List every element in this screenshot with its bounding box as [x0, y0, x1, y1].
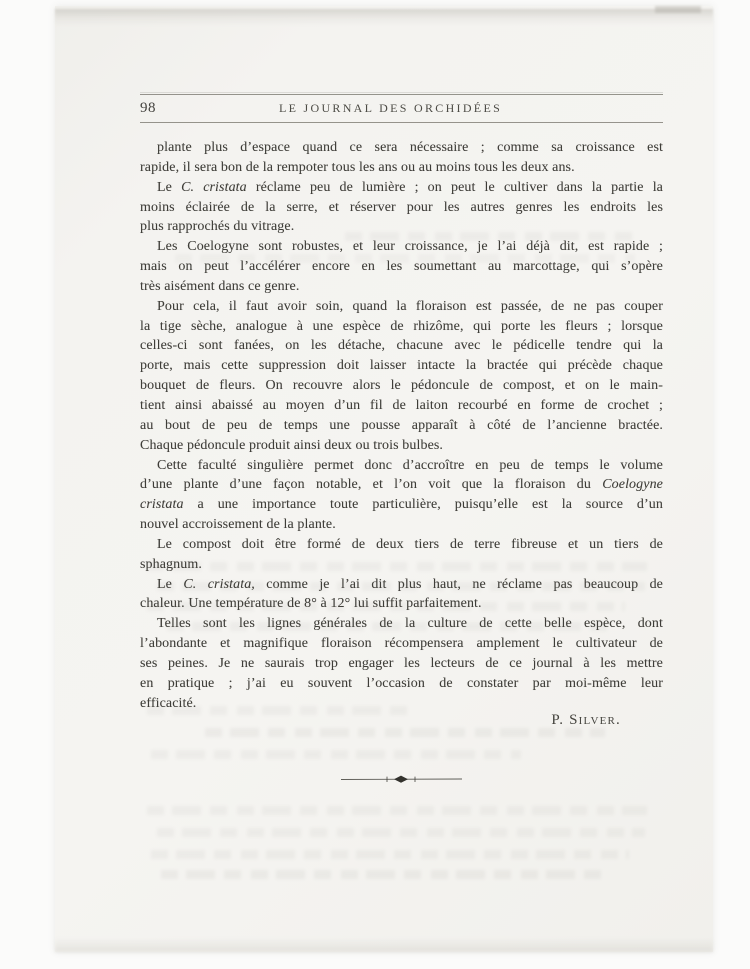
- text-segment: Les Coelogyne sont robustes, et leur cro…: [157, 239, 663, 254]
- text-line: Chaque pédoncule produit ainsi deux ou t…: [140, 436, 663, 456]
- text-segment: nouvel accroissement de la plante.: [140, 517, 336, 532]
- text-line: Le compost doit être formé de deux tiers…: [140, 535, 663, 555]
- text-line: Pour cela, il faut avoir soin, quand la …: [140, 297, 663, 317]
- header-row: 98 LE JOURNAL DES ORCHIDÉES: [140, 98, 663, 119]
- species-name-italic: cristata: [140, 497, 184, 512]
- show-through: [147, 806, 647, 815]
- show-through: [345, 232, 635, 241]
- text-segment: réclame peu de lumière ; on peut le cult…: [247, 180, 663, 195]
- author-signature-text: P. Silver.: [551, 712, 621, 728]
- text-line: cristata a une importance toute particul…: [140, 495, 663, 515]
- text-segment: d’une plante d’une façon notable, et l’o…: [140, 477, 602, 492]
- text-segment: porte, mais cette suppression doit laiss…: [140, 358, 663, 373]
- text-line: ses peines. Je ne saurais trop engager l…: [140, 654, 663, 674]
- show-through: [157, 582, 645, 591]
- species-name-italic: Coelogyne: [602, 477, 663, 492]
- text-segment: celles-ci sont fanées, on les détache, c…: [140, 338, 663, 353]
- journal-title: LE JOURNAL DES ORCHIDÉES: [129, 98, 652, 119]
- diamond-rule-ornament-icon: [339, 772, 464, 786]
- text-segment: Le compost doit être formé de deux tiers…: [157, 537, 663, 552]
- section-divider: [140, 772, 663, 786]
- text-line: nouvel accroissement de la plante.: [140, 515, 663, 535]
- show-through: [167, 622, 607, 631]
- paper-sheet: 98 LE JOURNAL DES ORCHIDÉES plante plus …: [55, 6, 713, 952]
- text-line: moins éclairée de la serre, et réserver …: [140, 198, 663, 218]
- header-rule-bottom: [140, 122, 663, 123]
- species-name-italic: C. cristata: [181, 180, 247, 195]
- show-through: [205, 728, 605, 737]
- text-line: tient ainsi abaissé au moyen d’un fil de…: [140, 396, 663, 416]
- text-line: bouquet de fleurs. On recouvre alors le …: [140, 376, 663, 396]
- text-line: Cette faculté singulière permet donc d’a…: [140, 456, 663, 476]
- text-line: porte, mais cette suppression doit laiss…: [140, 356, 663, 376]
- scanned-page: 98 LE JOURNAL DES ORCHIDÉES plante plus …: [0, 0, 750, 969]
- text-line: d’une plante d’une façon notable, et l’o…: [140, 475, 663, 495]
- text-segment: plante plus d’espace quand ce sera néces…: [157, 140, 663, 155]
- show-through: [147, 562, 647, 571]
- text-line: au bout de peu de temps une pousse appar…: [140, 416, 663, 436]
- running-head: 98 LE JOURNAL DES ORCHIDÉES: [140, 94, 663, 123]
- scan-smudge: [655, 6, 701, 13]
- show-through: [147, 706, 407, 715]
- show-through: [151, 850, 629, 859]
- text-segment: au bout de peu de temps une pousse appar…: [140, 418, 663, 433]
- text-segment: ses peines. Je ne saurais trop engager l…: [140, 656, 663, 671]
- text-line: rapide, il sera bon de la rempoter tous …: [140, 158, 663, 178]
- text-segment: bouquet de fleurs. On recouvre alors le …: [140, 378, 663, 393]
- text-segment: Cette faculté singulière permet donc d’a…: [157, 458, 663, 473]
- text-segment: Chaque pédoncule produit ainsi deux ou t…: [140, 438, 443, 453]
- text-segment: l’abondante et magnifique floraison réco…: [140, 636, 663, 651]
- text-segment: a une importance toute particulière, pui…: [184, 497, 663, 512]
- text-line: plante plus d’espace quand ce sera néces…: [140, 138, 663, 158]
- text-segment: très aisément dans ce genre.: [140, 279, 299, 294]
- show-through: [175, 254, 635, 263]
- text-segment: Le: [157, 180, 181, 195]
- text-segment: en pratique ; j’ai eu souvent l’occasion…: [140, 676, 663, 691]
- text-line: très aisément dans ce genre.: [140, 277, 663, 297]
- text-segment: Pour cela, il faut avoir soin, quand la …: [157, 299, 663, 314]
- text-segment: plus rapprochés du vitrage.: [140, 219, 294, 234]
- text-line: la tige sèche, analogue à une espèce de …: [140, 317, 663, 337]
- text-segment: tient ainsi abaissé au moyen d’un fil de…: [140, 398, 663, 413]
- text-line: en pratique ; j’ai eu souvent l’occasion…: [140, 674, 663, 694]
- text-segment: rapide, il sera bon de la rempoter tous …: [140, 160, 575, 175]
- text-line: Le C. cristata réclame peu de lumière ; …: [140, 178, 663, 198]
- text-segment: moins éclairée de la serre, et réserver …: [140, 200, 663, 215]
- text-line: l’abondante et magnifique floraison réco…: [140, 634, 663, 654]
- show-through: [147, 602, 625, 611]
- show-through: [151, 750, 521, 759]
- header-rule-top: [140, 94, 663, 95]
- show-through: [157, 828, 645, 837]
- text-segment: la tige sèche, analogue à une espèce de …: [140, 319, 663, 334]
- text-line: celles-ci sont fanées, on les détache, c…: [140, 336, 663, 356]
- show-through: [161, 870, 611, 879]
